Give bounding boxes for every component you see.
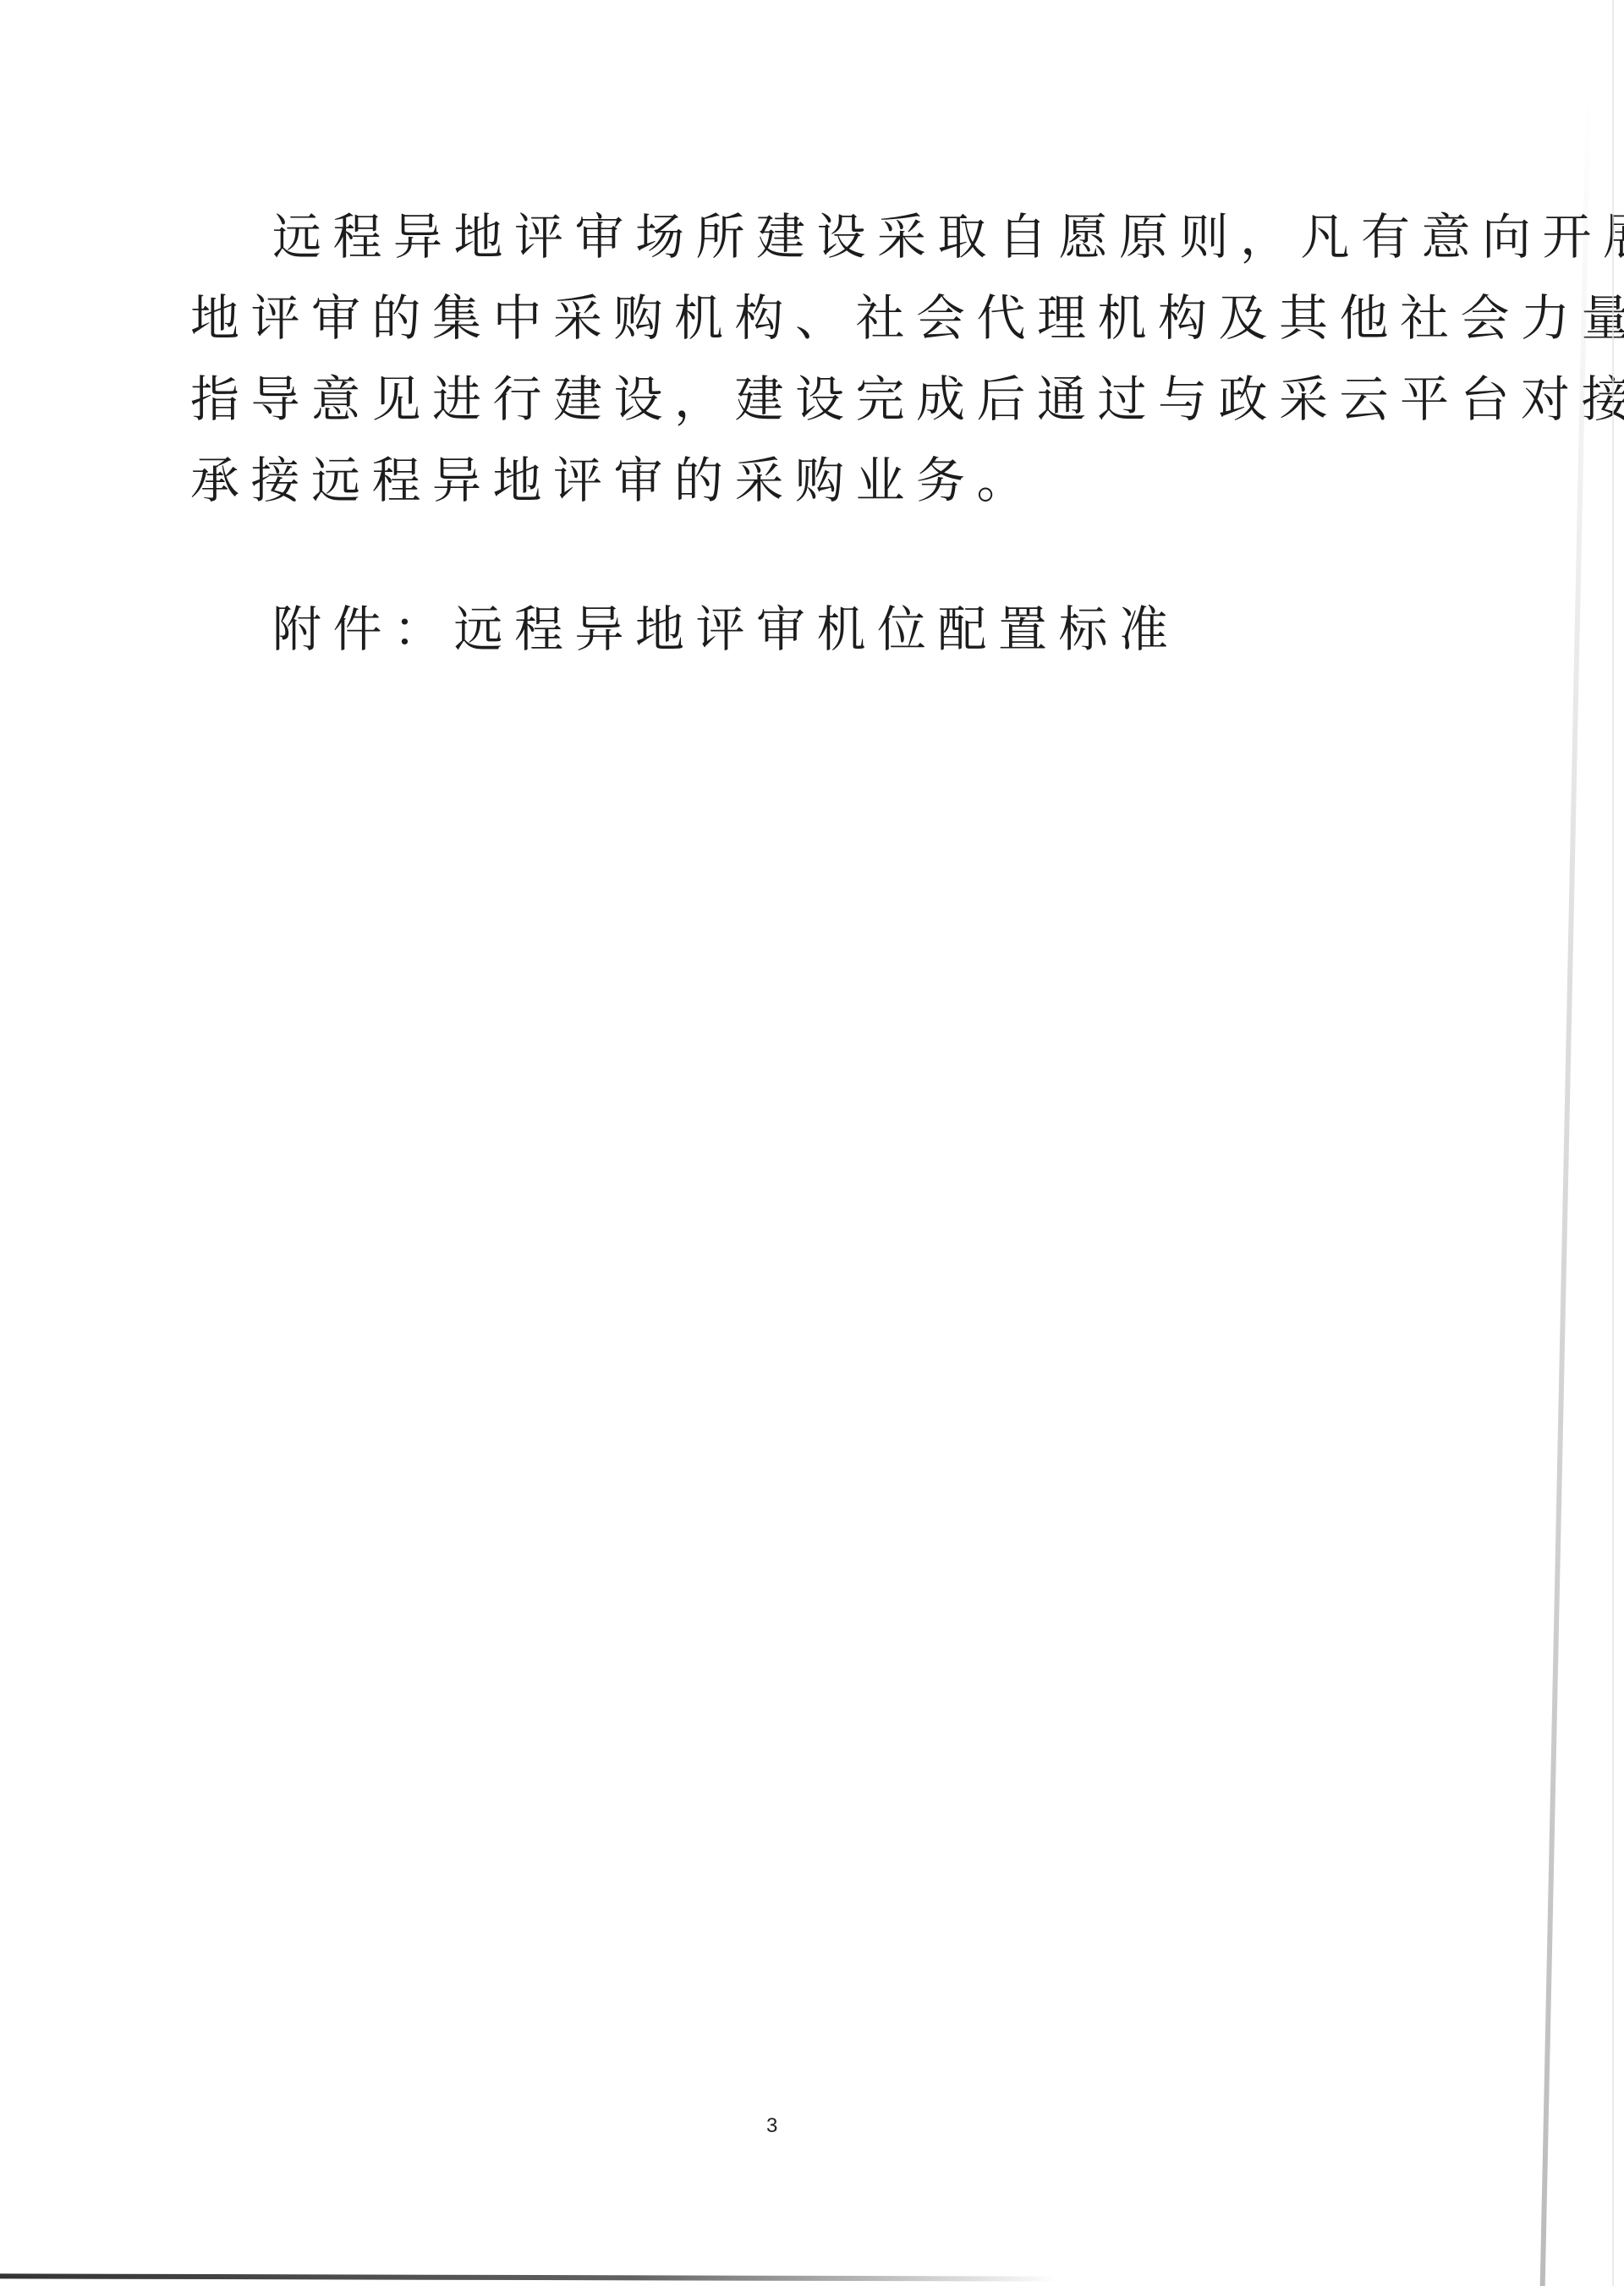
attachment-label: 附件：远程异地评审机位配置标准 — [190, 589, 1408, 670]
attachment-note: 附件：远程异地评审机位配置标准 — [190, 589, 1408, 670]
paragraph-line: 地评审的集中采购机构、社会代理机构及其他社会力量均可按此 — [190, 277, 1408, 359]
paragraph-line: 远程异地评审场所建设采取自愿原则，凡有意向开展远程异 — [190, 196, 1408, 277]
page-number: 3 — [766, 2114, 777, 2138]
scan-border-right — [1612, 0, 1614, 2286]
paragraph-line: 指导意见进行建设，建设完成后通过与政采云平台对接测试即可 — [190, 359, 1408, 440]
body-paragraph: 远程异地评审场所建设采取自愿原则，凡有意向开展远程异 地评审的集中采购机构、社会… — [190, 196, 1408, 521]
scan-shadow-bottom — [0, 2273, 1057, 2281]
document-page: 远程异地评审场所建设采取自愿原则，凡有意向开展远程异 地评审的集中采购机构、社会… — [0, 0, 1624, 2286]
paragraph-line: 承接远程异地评审的采购业务。 — [190, 440, 1408, 521]
